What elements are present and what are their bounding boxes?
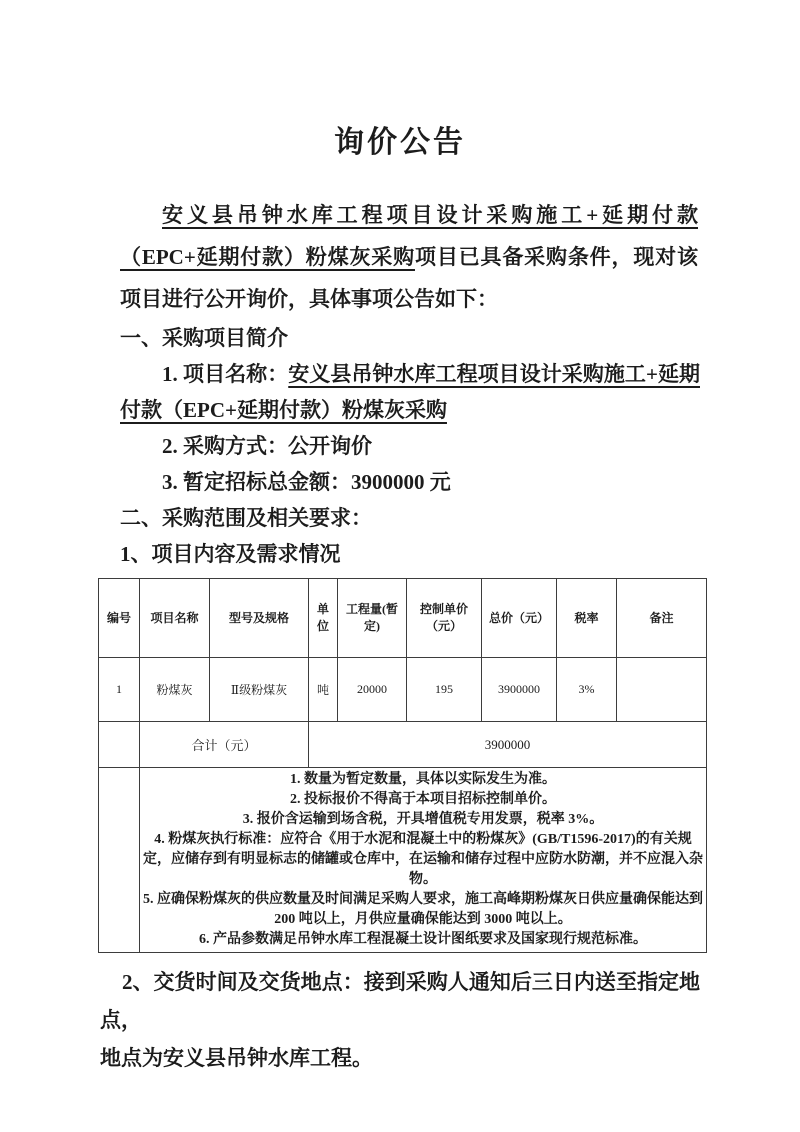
project-name-item: 1. 项目名称：安义县吊钟水库工程项目设计采购施工+延期付款（EPC+延期付款）… xyxy=(120,356,700,428)
delivery-paragraph: 2、交货时间及交货地点：接到采购人通知后三日内送至指定地点， 地点为安义县吊钟水… xyxy=(100,963,700,1077)
note-item: 1. 数量为暂定数量，具体以实际发生为准。 xyxy=(143,770,703,790)
note-item: 6. 产品参数满足吊钟水库工程混凝土设计图纸要求及国家现行规范标准。 xyxy=(143,930,703,950)
cell-item-name: 粉煤灰 xyxy=(140,658,210,722)
note-item: 2. 投标报价不得高于本项目招标控制单价。 xyxy=(143,790,703,810)
cell-tax-rate: 3% xyxy=(557,658,617,722)
col-header-spec: 型号及规格 xyxy=(210,579,309,658)
col-header-tax-rate: 税率 xyxy=(557,579,617,658)
notes-empty-cell xyxy=(99,768,140,953)
col-header-quantity: 工程量(暂定) xyxy=(338,579,407,658)
table-header-row: 编号 项目名称 型号及规格 单位 工程量(暂定) 控制单价（元） 总价（元） 税… xyxy=(99,579,707,658)
section1-heading: 一、采购项目简介 xyxy=(120,320,700,356)
col-header-unit-price: 控制单价（元） xyxy=(407,579,482,658)
document-page: 询价公告 安义县吊钟水库工程项目设计采购施工+延期付款（EPC+延期付款）粉煤灰… xyxy=(0,0,800,1132)
total-value-cell: 3900000 xyxy=(309,722,707,768)
purchase-method-item: 2. 采购方式：公开询价 xyxy=(120,428,700,464)
col-header-remark: 备注 xyxy=(617,579,707,658)
cell-unit: 吨 xyxy=(309,658,338,722)
col-header-no: 编号 xyxy=(99,579,140,658)
notes-cell: 1. 数量为暂定数量，具体以实际发生为准。 2. 投标报价不得高于本项目招标控制… xyxy=(140,768,707,953)
cell-remark xyxy=(617,658,707,722)
cell-no: 1 xyxy=(99,658,140,722)
page-title: 询价公告 xyxy=(0,0,800,162)
note-item: 3. 报价含运输到场含税，开具增值税专用发票，税率 3%。 xyxy=(143,810,703,830)
note-item: 4. 粉煤灰执行标准：应符合《用于水泥和混凝土中的粉煤灰》(GB/T1596-2… xyxy=(143,830,703,890)
note-item: 5. 应确保粉煤灰的供应数量及时间满足采购人要求，施工高峰期粉煤灰日供应量确保能… xyxy=(143,890,703,930)
table-total-row: 合计（元） 3900000 xyxy=(99,722,707,768)
cell-quantity: 20000 xyxy=(338,658,407,722)
cell-unit-price: 195 xyxy=(407,658,482,722)
body-block: 一、采购项目简介 1. 项目名称：安义县吊钟水库工程项目设计采购施工+延期付款（… xyxy=(120,320,700,572)
cell-spec: Ⅱ级粉煤灰 xyxy=(210,658,309,722)
total-label-cell: 合计（元） xyxy=(140,722,309,768)
col-header-item-name: 项目名称 xyxy=(140,579,210,658)
delivery-line-1: 2、交货时间及交货地点：接到采购人通知后三日内送至指定地点， xyxy=(100,970,700,1032)
intro-paragraph: 安义县吊钟水库工程项目设计采购施工+延期付款（EPC+延期付款）粉煤灰采购项目已… xyxy=(120,194,698,320)
budget-item: 3. 暂定招标总金额：3900000 元 xyxy=(120,464,700,500)
total-empty-cell xyxy=(99,722,140,768)
col-header-unit: 单位 xyxy=(309,579,338,658)
project-content-heading: 1、项目内容及需求情况 xyxy=(120,536,700,572)
section2-heading: 二、采购范围及相关要求： xyxy=(120,500,700,536)
table-data-row: 1 粉煤灰 Ⅱ级粉煤灰 吨 20000 195 3900000 3% xyxy=(99,658,707,722)
table-notes-row: 1. 数量为暂定数量，具体以实际发生为准。 2. 投标报价不得高于本项目招标控制… xyxy=(99,768,707,953)
cell-total-price: 3900000 xyxy=(482,658,557,722)
procurement-table: 编号 项目名称 型号及规格 单位 工程量(暂定) 控制单价（元） 总价（元） 税… xyxy=(98,578,707,953)
delivery-line-2: 地点为安义县吊钟水库工程。 xyxy=(100,1046,373,1070)
project-name-label: 1. 项目名称： xyxy=(162,362,288,386)
col-header-total-price: 总价（元） xyxy=(482,579,557,658)
